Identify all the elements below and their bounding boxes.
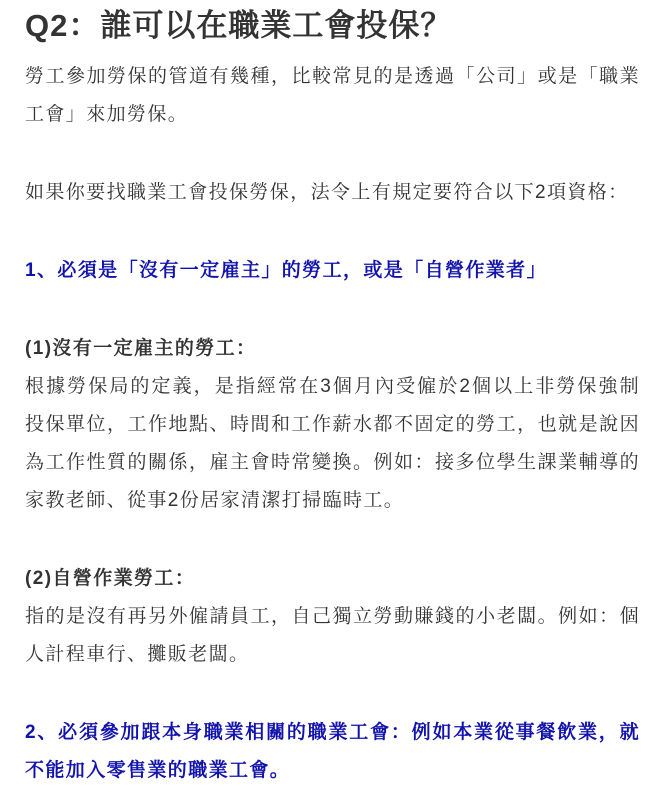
case-2-paragraph: (2)自營作業勞工： 指的是沒有再另外僱請員工，自己獨立勞動賺錢的小老闆。例如：… bbox=[25, 560, 640, 674]
rule-1-heading: 1、必須是「沒有一定雇主」的勞工，或是「自營作業者」 bbox=[25, 252, 640, 290]
case-1-paragraph: (1)沒有一定雇主的勞工： 根據勞保局的定義，是指經常在3個月內受僱於2個以上非… bbox=[25, 330, 640, 520]
page-title: Q2：誰可以在職業工會投保？ bbox=[25, 6, 640, 46]
case-1-title: (1)沒有一定雇主的勞工： bbox=[25, 338, 256, 359]
intro-paragraph: 勞工參加勞保的管道有幾種，比較常見的是透過「公司」或是「職業工會」來加勞保。 bbox=[25, 58, 640, 134]
case-1-body: 根據勞保局的定義，是指經常在3個月內受僱於2個以上非勞保強制投保單位，工作地點、… bbox=[25, 376, 640, 511]
case-2-title: (2)自營作業勞工： bbox=[25, 568, 195, 589]
qualification-intro-paragraph: 如果你要找職業工會投保勞保，法令上有規定要符合以下2項資格： bbox=[25, 174, 640, 212]
article-content: Q2：誰可以在職業工會投保？ 勞工參加勞保的管道有幾種，比較常見的是透過「公司」… bbox=[0, 0, 664, 810]
case-2-body: 指的是沒有再另外僱請員工，自己獨立勞動賺錢的小老闆。例如：個人計程車行、攤販老闆… bbox=[25, 606, 640, 665]
rule-2-heading: 2、必須參加跟本身職業相關的職業工會：例如本業從事餐飲業，就不能加入零售業的職業… bbox=[25, 714, 640, 790]
